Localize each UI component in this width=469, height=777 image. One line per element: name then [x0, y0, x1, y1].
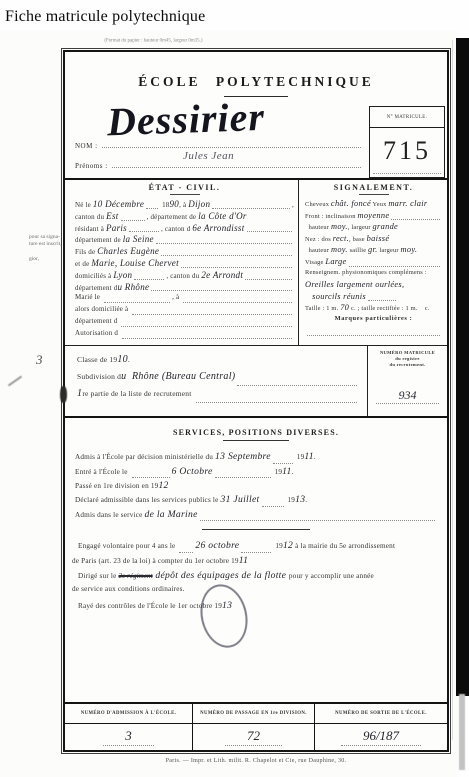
handwritten-text: 12 [158, 480, 168, 491]
printed-text: Classe de 19 [77, 355, 117, 364]
form-line: Cheveux chât. foncé Yeux marr. clair [305, 199, 442, 211]
handwritten-text: 6e Arrondisst [192, 223, 244, 233]
dotted-rule [146, 205, 158, 209]
etat-civil-title: ÉTAT - CIVIL. [75, 183, 294, 192]
dotted-rule [121, 216, 145, 220]
section-divider [223, 440, 289, 441]
dotted-rule [212, 205, 290, 209]
ink-blot [60, 386, 67, 403]
services-section: SERVICES, POSITIONS DIVERSES. Admis à l'… [65, 420, 447, 700]
printed-text: de Paris (art. 23 de la loi) à compter d… [72, 557, 239, 565]
printed-text: . [314, 453, 316, 461]
printed-text: alors domiciliée à [75, 305, 130, 313]
signalement-lines: Cheveux chât. foncé Yeux marr. clairFron… [305, 199, 442, 338]
matricule-box: N° MATRICULE. 715 [369, 106, 445, 178]
printed-text: Admis dans le service [75, 511, 144, 519]
handwritten-text: 13 Septembre [215, 451, 271, 462]
handwritten-text: Dijon [188, 199, 210, 209]
form-line: alors domiciliée à [75, 305, 294, 317]
printed-text: 19 [273, 468, 283, 476]
printed-text: domiciliés à [75, 272, 113, 280]
handwritten-text: grande [373, 222, 399, 231]
dotted-rule [122, 334, 292, 338]
printed-text: largeur [378, 247, 401, 254]
form-line: Marques particulières : [305, 315, 442, 327]
etat-civil-column: ÉTAT - CIVIL. Né le 10 Décembre 1890, à … [65, 180, 298, 345]
handwritten-text: 11 [239, 555, 248, 566]
form-line: hauteur moy., largeur grande [305, 222, 442, 234]
handwritten-text: u Rhône (Bureau Central) [121, 371, 235, 382]
printed-text: département d [75, 284, 117, 292]
printed-text: hauteur [305, 247, 331, 254]
printed-text: , département de [147, 213, 199, 221]
printed-text: canton du [75, 213, 106, 221]
prenoms-label: Prénoms : [75, 162, 108, 170]
dotted-rule [132, 311, 292, 315]
printed-text: Déclaré admissible dans les services pub… [75, 496, 221, 504]
printed-text: hauteur [305, 224, 331, 231]
school-title: ÉCOLE POLYTECHNIQUE [65, 74, 447, 90]
printed-text: de service aux conditions ordinaires. [72, 585, 185, 593]
handwritten-text: de la Marine [144, 509, 197, 520]
handwritten-text: moy. [401, 245, 418, 254]
form-line: Nez : dos rect., base baissé [305, 234, 442, 246]
services-title: SERVICES, POSITIONS DIVERSES. [65, 420, 447, 437]
printed-text: 19 [295, 453, 305, 461]
prenoms-handwritten: Jules Jean [183, 150, 234, 162]
handwritten-text: chât. foncé [331, 199, 371, 208]
dotted-rule [196, 399, 357, 404]
handwritten-text: 31 Juillet [221, 494, 260, 505]
form-line: Né le 10 Décembre 1890, à Dijon, [75, 199, 294, 211]
civil-signalement-section: ÉTAT - CIVIL. Né le 10 Décembre 1890, à … [65, 178, 447, 345]
printer-imprint: Paris. — Impr. et Lith. milit. R. Chapel… [63, 758, 449, 764]
form-line: Engagé volontaire pour 4 ans le 26 octob… [72, 540, 440, 555]
handwritten-text: moy. [331, 245, 348, 254]
printed-text: Visage [305, 259, 325, 266]
printed-text: 18 [160, 201, 169, 209]
handwritten-text: 2e Arrondt [201, 270, 243, 280]
dotted-rule [129, 228, 159, 232]
form-line: Classe de 1910. [77, 354, 359, 371]
printed-text: Autorisation d [75, 329, 120, 337]
recruitment-number-value: 934 [376, 388, 439, 404]
handwritten-text: Marie, Louise Chervet [91, 258, 179, 268]
form-line [305, 327, 442, 339]
handwritten-text: 10 Décembre [93, 199, 144, 209]
printed-text: , canton du [166, 272, 201, 280]
scan-edge-black-bar [456, 38, 469, 696]
scanned-document: (Format du papier : hauteur 0m45, largeu… [0, 30, 458, 777]
bottom-numbers-table: NUMÉRO D'ADMISSION À L'ÉCOLE. 3 NUMÉRO D… [65, 702, 447, 750]
dotted-rule [102, 138, 361, 148]
struck-text: 2e régiment [119, 572, 153, 580]
handwritten-number: 72 [225, 728, 282, 746]
dotted-rule [237, 382, 357, 387]
column-header: NUMÉRO D'ADMISSION À L'ÉCOLE. [65, 704, 192, 724]
printed-text: . [128, 355, 130, 364]
printed-text: , largeur [348, 224, 373, 231]
column-header: NUMÉRO DE PASSAGE EN 1re DIVISION. [193, 704, 314, 724]
printed-text: Front : inclinaison [305, 213, 357, 220]
classe-section: Classe de 1910.Subdivision du Rhône (Bur… [65, 345, 447, 418]
dotted-rule [241, 549, 271, 553]
handwritten-text: moy. [331, 222, 348, 231]
signalement-column: SIGNALEMENT. Cheveux chât. foncé Yeux ma… [298, 180, 447, 345]
recruitment-number-box: NUMÉRO MATRICULE du registre du recrutem… [367, 346, 447, 416]
dotted-rule [273, 459, 293, 463]
margin-annotation: pour sa signa- ture est inscrit, [29, 234, 69, 247]
dotted-rule [368, 298, 396, 302]
dotted-rule [161, 252, 292, 256]
printed-text: Cheveux [305, 201, 331, 208]
section-divider [359, 194, 389, 195]
table-cell-passage: NUMÉRO DE PASSAGE EN 1re DIVISION. 72 [193, 704, 315, 750]
printed-text: Dirigé sur le [72, 572, 119, 580]
form-line: Autorisation d [75, 329, 294, 341]
page-caption: Fiche matricule polytechnique [5, 8, 205, 26]
scan-edge-gray-streak [459, 694, 465, 770]
form-line: et de Marie, Louise Chervet [75, 258, 294, 270]
dotted-rule [121, 323, 292, 327]
printed-text: saillie [348, 247, 368, 254]
printed-text: 19 [286, 496, 296, 504]
form-line: Entré à l'École le 6 Octobre 1911. [75, 466, 437, 480]
printed-text: à la mairie du 5e arrondissement [293, 542, 395, 550]
dotted-rule [132, 474, 170, 478]
cell-value: 96/187 [315, 724, 447, 750]
form-line: Visage Large [305, 257, 442, 269]
paper-format-note: (Format du papier : hauteur 0m45, largeu… [55, 38, 252, 43]
handwritten-text: 90 [169, 199, 179, 209]
printed-text: Entré à l'École le [75, 468, 130, 476]
form-line: Marié le , à [75, 293, 294, 305]
form-line: résidant à Paris, canton d 6e Arrondisst [75, 223, 294, 235]
handwritten-text: 6 Octobre [172, 466, 213, 477]
handwritten-text: Lyon [113, 270, 132, 280]
engagement-lines: Engagé volontaire pour 4 ans le 26 octob… [65, 540, 447, 615]
form-line: domiciliés à Lyon, canton du 2e Arrondt [75, 270, 294, 282]
handwritten-text: marr. clair [388, 199, 427, 208]
form-line: canton du Est, département de la Côte d'… [75, 211, 294, 223]
cell-value: 72 [193, 724, 314, 750]
margin-note-line: ture est inscrit, [29, 241, 69, 248]
printed-text: Marques particulières : [305, 315, 442, 322]
handwritten-text: Est [106, 211, 118, 221]
margin-handwritten-number: 3 [36, 352, 43, 368]
dotted-rule [156, 240, 292, 244]
handwritten-text: 10 [117, 354, 128, 365]
paper-edge-shadow [452, 40, 453, 740]
printed-text: . [305, 496, 307, 504]
form-line: Dirigé sur le 2e régiment dépôt des équi… [72, 570, 440, 585]
handwritten-text: Paris [106, 223, 127, 233]
handwritten-text: gr. [368, 245, 378, 254]
handwritten-text: 70 [340, 303, 349, 312]
section-divider [170, 194, 200, 195]
dotted-rule [307, 332, 440, 336]
printed-text: re partie de la liste de recrutement [82, 389, 193, 398]
form-line: Admis à l'École par décision ministériel… [75, 451, 437, 465]
dotted-rule [179, 549, 193, 553]
printed-text: Yeux [371, 201, 388, 208]
form-line: Rayé des contrôles de l'École le 1er oct… [72, 600, 440, 615]
dotted-rule [215, 474, 271, 478]
handwritten-text: 13 [295, 494, 305, 505]
dotted-rule [134, 275, 164, 279]
printed-text: et de [75, 260, 91, 268]
form-line: Renseignem. physionomiques complémens : [305, 269, 442, 281]
printed-text: Admis à l'École par décision ministériel… [75, 453, 215, 461]
dotted-rule [104, 299, 170, 303]
printed-text: Passé en 1re division en 19 [75, 482, 158, 490]
printed-text: Fils de [75, 248, 97, 256]
table-cell-admission: NUMÉRO D'ADMISSION À L'ÉCOLE. 3 [65, 704, 193, 750]
form-line: département de la Seine [75, 234, 294, 246]
dotted-rule [200, 517, 435, 521]
dotted-rule [247, 228, 293, 232]
printed-text: Nez : dos [305, 236, 333, 243]
handwritten-text: 11 [282, 466, 291, 477]
printed-text: Engagé volontaire pour 4 ans le [72, 542, 177, 550]
form-line: Front : inclinaison moyenne [305, 211, 442, 223]
printed-text: , canton d [161, 225, 192, 233]
printed-text: Né le [75, 201, 93, 209]
etat-civil-lines: Né le 10 Décembre 1890, à Dijon,canton d… [75, 199, 294, 341]
handwritten-number: 3 [103, 728, 154, 746]
margin-annotation: gior, [29, 256, 39, 262]
handwritten-number: 96/187 [341, 728, 421, 746]
printed-text: Taille : 1 m. [305, 305, 340, 312]
printed-text: département de [75, 236, 123, 244]
nom-label: NOM : [75, 142, 98, 150]
signalement-title: SIGNALEMENT. [305, 183, 442, 192]
section-divider [202, 529, 310, 530]
matricule-number: 715 [373, 128, 441, 174]
printed-text: pour y accomplir une année [289, 572, 374, 580]
handwritten-text: sourcils réunis [305, 292, 366, 301]
handwritten-text: Large [325, 257, 346, 266]
form-line: sourcils réunis [305, 292, 442, 304]
name-handwritten: Dessirier [106, 90, 357, 146]
handwritten-text: u Rhône [117, 282, 149, 292]
dotted-rule [181, 264, 292, 268]
form-line: Taille : 1 m. 70 c. ; taille rectifiée :… [305, 303, 442, 315]
matricule-label: N° MATRICULE. [370, 107, 444, 128]
handwritten-text: Charles Eugène [97, 246, 159, 256]
form-frame: ÉCOLE POLYTECHNIQUE Dessirier NOM : Prén… [63, 50, 449, 752]
printed-text: 19 [273, 542, 283, 550]
dotted-rule [151, 287, 292, 291]
form-line: département d [75, 317, 294, 329]
form-line: département du Rhône [75, 282, 294, 294]
printed-text: c. ; taille rectifiée : 1 m. c. [349, 305, 429, 312]
dotted-rule [391, 216, 440, 220]
handwritten-text: la Côte d'Or [198, 211, 247, 221]
printed-text: , base [349, 236, 367, 243]
printed-text: , [292, 201, 294, 209]
label-line: du recrutement. [368, 362, 447, 368]
form-line: hauteur moy. saillie gr. largeur moy. [305, 245, 442, 257]
dotted-rule [349, 263, 440, 267]
recruitment-number-label: NUMÉRO MATRICULE du registre du recrutem… [368, 346, 447, 368]
dotted-rule [183, 299, 292, 303]
handwritten-text: Oreilles largement ourlées, [305, 280, 404, 289]
form-line: 1re partie de la liste de recrutement [77, 388, 359, 405]
handwritten-text: 12 [283, 540, 293, 551]
printed-text: , à [179, 201, 188, 209]
handwritten-text: 11 [304, 451, 313, 462]
handwritten-text: 26 octobre [195, 540, 239, 551]
printed-text: , à [172, 293, 181, 301]
printed-text: département d [75, 317, 119, 325]
printed-text: Renseignem. physionomiques complémens : [305, 269, 427, 276]
printed-text: résidant à [75, 225, 106, 233]
handwritten-text: baissé [367, 234, 390, 243]
dotted-rule [112, 158, 361, 168]
handwritten-text: moyenne [357, 211, 389, 220]
form-line: Admis dans le service de la Marine [75, 509, 437, 523]
form-line: Oreilles largement ourlées, [305, 280, 442, 292]
form-line: Passé en 1re division en 1912 [75, 480, 437, 494]
form-line: de Paris (art. 23 de la loi) à compter d… [72, 555, 440, 570]
form-line: Subdivision du Rhône (Bureau Central) [77, 371, 359, 388]
cell-value: 3 [65, 724, 192, 750]
services-lines: Admis à l'École par décision ministériel… [65, 451, 447, 523]
nom-row: NOM : [75, 138, 363, 150]
form-line: de service aux conditions ordinaires. [72, 585, 440, 600]
printed-text: . [292, 468, 294, 476]
printed-text: Marié le [75, 293, 102, 301]
handwritten-text: rect. [333, 234, 349, 243]
form-line: Fils de Charles Eugène [75, 246, 294, 258]
table-cell-sortie: NUMÉRO DE SORTIE DE L'ÉCOLE. 96/187 [315, 704, 447, 750]
page: Fiche matricule polytechnique (Format du… [0, 0, 469, 777]
dotted-rule [262, 502, 284, 506]
printed-text: Subdivision d [77, 372, 121, 381]
handwritten-text: dépôt des équipages de la flotte [153, 570, 289, 581]
handwritten-text: la Seine [123, 234, 154, 244]
dotted-rule [245, 275, 292, 279]
column-header: NUMÉRO DE SORTIE DE L'ÉCOLE. [315, 704, 447, 724]
form-line: Déclaré admissible dans les services pub… [75, 494, 437, 508]
